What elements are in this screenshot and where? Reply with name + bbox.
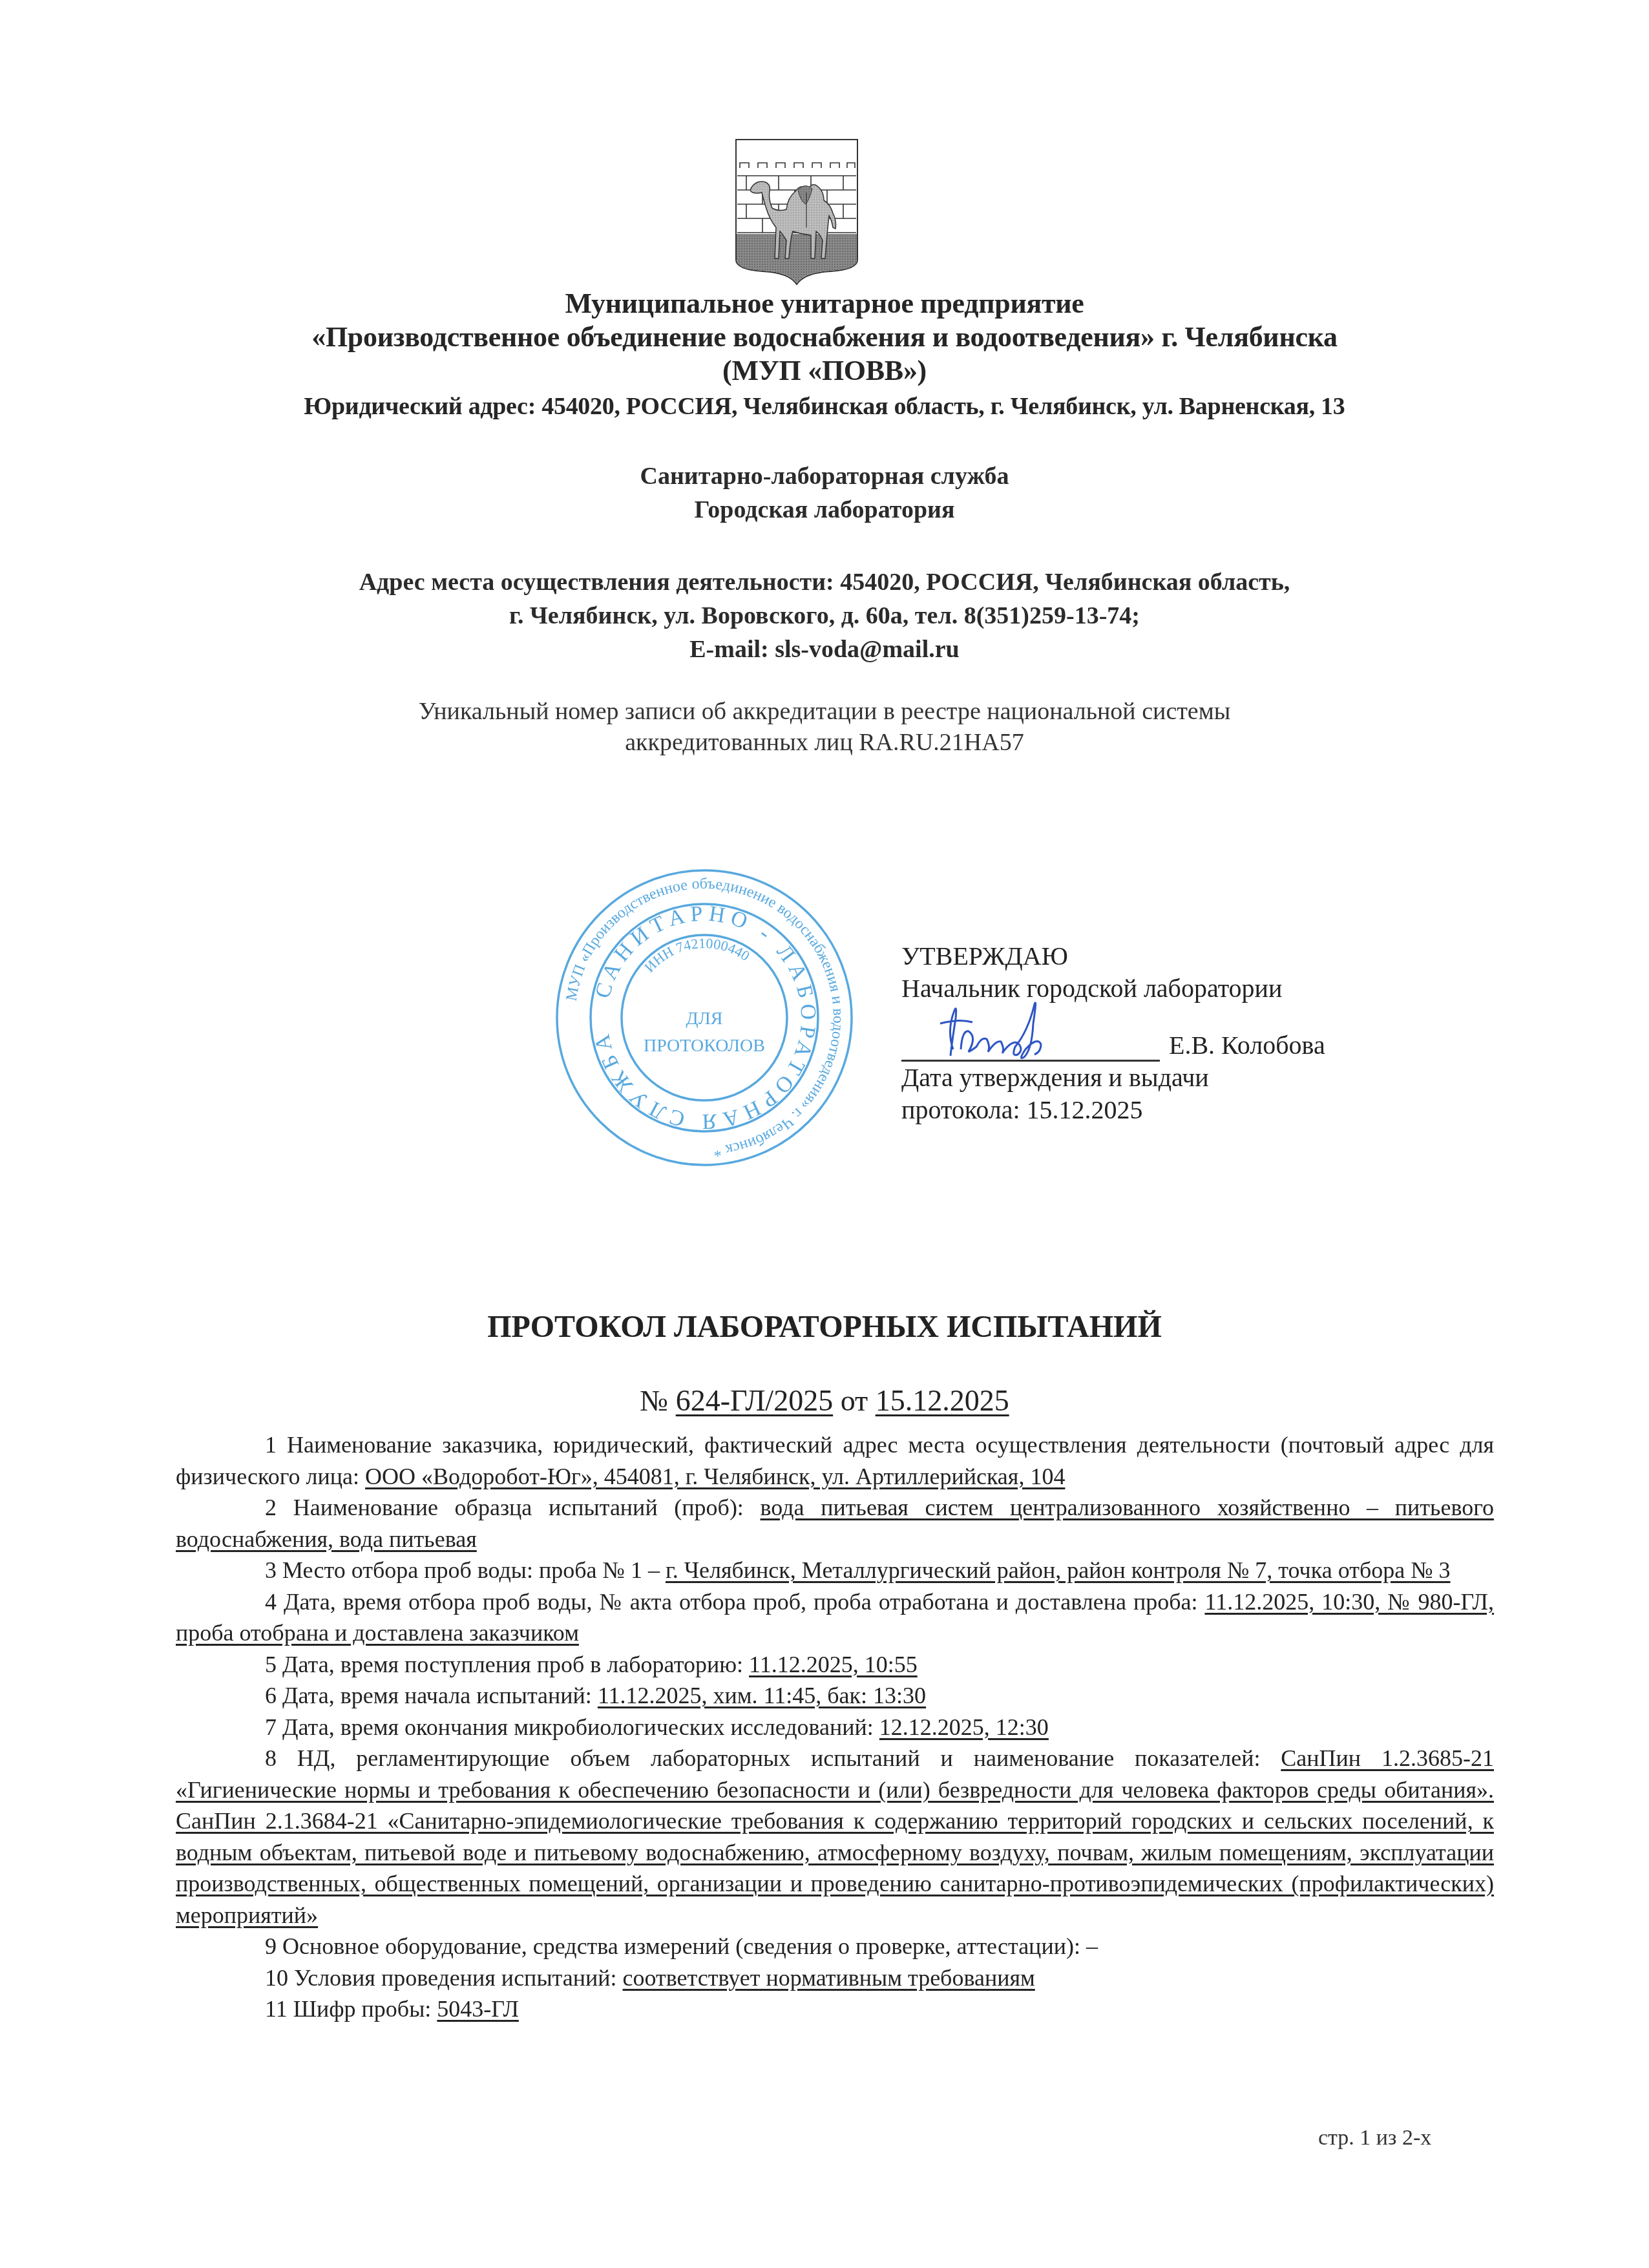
org-name-line1: Муниципальное унитарное предприятие: [0, 286, 1649, 322]
stamp-center-line2: ПРОТОКОЛОВ: [644, 1036, 765, 1056]
accreditation-line1: Уникальный номер записи об аккредитации …: [0, 695, 1649, 728]
item-value: 5043-ГЛ: [437, 1996, 519, 2022]
document-title: ПРОТОКОЛ ЛАБОРАТОРНЫХ ИСПЫТАНИЙ: [0, 1308, 1649, 1347]
item-sample-code: 11 Шифр пробы: 5043-ГЛ: [176, 1993, 1494, 2025]
item-conditions: 10 Условия проведения испытаний: соответ…: [176, 1962, 1494, 1994]
activity-address-line1: Адрес места осуществления деятельности: …: [0, 566, 1649, 598]
org-name-line2: «Производственное объединение водоснабже…: [0, 319, 1649, 355]
signature-line: [901, 1035, 1160, 1062]
item-value: соответствует нормативным требованиям: [623, 1965, 1035, 1991]
item-equipment: 9 Основное оборудование, средства измере…: [176, 1931, 1494, 1962]
page-number: стр. 1 из 2-х: [1318, 2126, 1431, 2150]
org-short-name: (МУП «ПОВВ»): [0, 353, 1649, 389]
item-label: 10 Условия проведения испытаний:: [265, 1965, 617, 1991]
item-label: 4 Дата, время отбора проб воды, № акта о…: [265, 1589, 1197, 1615]
service-name: Санитарно-лабораторная служба: [0, 460, 1649, 492]
email-line: E-mail: sls-voda@mail.ru: [0, 633, 1649, 666]
item-value: ООО «Водоробот-Юг», 454081, г. Челябинск…: [365, 1464, 1065, 1489]
item-value: СанПин 1.2.3685-21 «Гигиенические нормы …: [176, 1745, 1494, 1928]
approve-label: УТВЕРЖДАЮ: [901, 940, 1483, 972]
accreditation-line2: аккредитованных лиц RA.RU.21НА57: [0, 726, 1649, 759]
item-sample-name: 2 Наименование образца испытаний (проб):…: [176, 1492, 1494, 1555]
from-label: от: [841, 1384, 868, 1417]
signature-row: Е.В. Колобова: [901, 1029, 1483, 1062]
number-sign: №: [640, 1384, 668, 1417]
item-customer: 1 Наименование заказчика, юридический, ф…: [176, 1429, 1494, 1492]
item-sampling-date: 4 Дата, время отбора проб воды, № акта о…: [176, 1586, 1494, 1649]
lab-name: Городская лаборатория: [0, 494, 1649, 526]
stamp-center-line1: ДЛЯ: [686, 1009, 723, 1029]
coat-of-arms-emblem: [733, 137, 860, 287]
approval-block: УТВЕРЖДАЮ Начальник городской лаборатори…: [901, 940, 1483, 1126]
item-regulations: 8 НД, регламентирующие объем лабораторны…: [176, 1743, 1494, 1931]
legal-address: Юридический адрес: 454020, РОССИЯ, Челяб…: [0, 390, 1649, 423]
item-label: 2 Наименование образца испытаний (проб):: [265, 1495, 744, 1520]
protocol-date: 15.12.2025: [876, 1384, 1009, 1417]
document-number-line: № 624-ГЛ/2025 от 15.12.2025: [0, 1383, 1649, 1419]
protocol-items: 1 Наименование заказчика, юридический, ф…: [176, 1429, 1494, 2025]
handwritten-signature: [914, 985, 1108, 1069]
item-receipt-date: 5 Дата, время поступления проб в лаборат…: [176, 1649, 1494, 1681]
item-micro-end: 7 Дата, время окончания микробиологическ…: [176, 1712, 1494, 1743]
item-label: 6 Дата, время начала испытаний:: [265, 1683, 592, 1708]
item-value: 11.12.2025, 10:55: [749, 1652, 918, 1677]
item-label: 9 Основное оборудование, средства измере…: [265, 1933, 1098, 1959]
item-label: 5 Дата, время поступления проб в лаборат…: [265, 1652, 743, 1677]
item-label: 7 Дата, время окончания микробиологическ…: [265, 1714, 874, 1740]
approval-date: протокола: 15.12.2025: [901, 1094, 1483, 1126]
item-value: 11.12.2025, хим. 11:45, бак: 13:30: [598, 1683, 926, 1708]
item-test-start: 6 Дата, время начала испытаний: 11.12.20…: [176, 1680, 1494, 1712]
item-sampling-place: 3 Место отбора проб воды: проба № 1 – г.…: [176, 1555, 1494, 1586]
item-label: 3 Место отбора проб воды: проба № 1 –: [265, 1557, 660, 1583]
lab-stamp: МУП «Производственное объединение водосн…: [549, 863, 859, 1173]
item-value: 12.12.2025, 12:30: [879, 1714, 1049, 1740]
protocol-number: 624-ГЛ/2025: [676, 1384, 833, 1417]
item-label: 8 НД, регламентирующие объем лабораторны…: [265, 1745, 1260, 1771]
signer-name: Е.В. Колобова: [1169, 1031, 1325, 1060]
activity-address-line2: г. Челябинск, ул. Воровского, д. 60а, те…: [0, 600, 1649, 632]
item-value: г. Челябинск, Металлургический район, ра…: [666, 1557, 1451, 1583]
item-label: 11 Шифр пробы:: [265, 1996, 431, 2022]
